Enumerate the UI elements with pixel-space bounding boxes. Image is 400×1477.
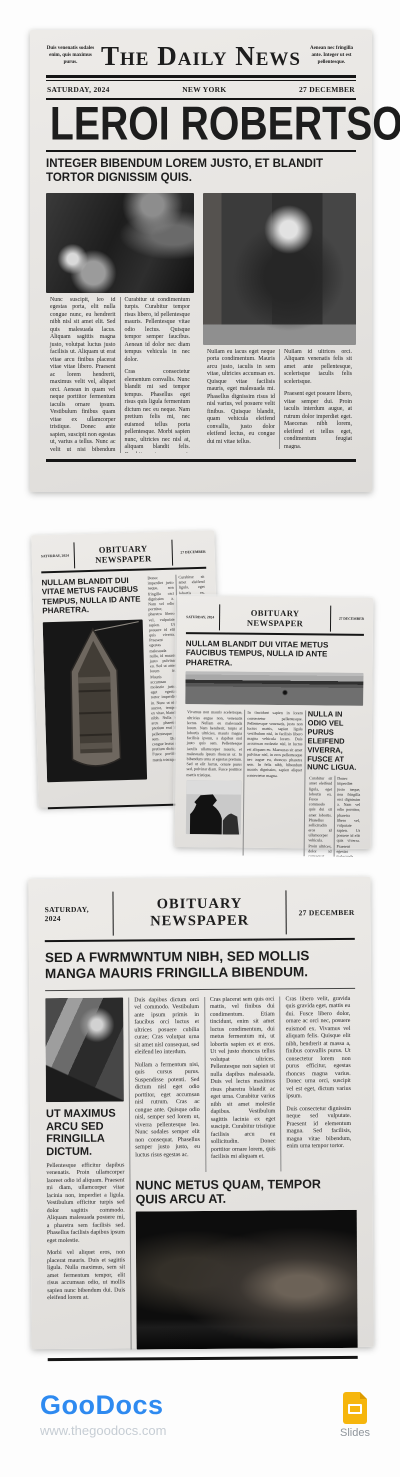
- obituary-mini-page-right: SATURDAY, 2024 OBITUARY NEWSPAPER 27 DEC…: [175, 596, 374, 849]
- front-right-text: Nullam eu lacus eget neque porta condime…: [203, 349, 356, 449]
- mini-a-date-right: 27 DECEMBER: [175, 539, 206, 566]
- front-bottom-rule: [46, 459, 356, 462]
- photo-wooden-boat-from-above: [43, 619, 147, 782]
- photo-elderly-man-portrait: [203, 193, 356, 345]
- obituary-full-page: SATURDAY, 2024 OBITUARY NEWSPAPER 27 DEC…: [28, 877, 373, 1349]
- obituary-headline: SED A FWRMWNTUM NIBH, SED MOLLIS MANGA M…: [45, 940, 355, 991]
- photo-vintage-car-closeup: [45, 997, 124, 1102]
- obituary-date-left: SATURDAY, 2024: [45, 905, 107, 923]
- mini-a-header: SATURDAY, 2024 OBITUARY NEWSPAPER 27 DEC…: [40, 539, 206, 574]
- front-subhead: INTEGER BIBENDUM LOREM JUSTO, ET BLANDIT…: [46, 152, 356, 193]
- obituary-mid-headline: NUNC METUS QUAM, TEMPOR QUIS ARCU AT.: [130, 1171, 356, 1210]
- silhouette-illustration: [186, 780, 242, 835]
- boat-illustration: [43, 619, 147, 782]
- front-date-left: SATURDAY, 2024: [47, 85, 110, 94]
- mini-a-title: OBITUARY NEWSPAPER: [73, 540, 173, 569]
- mini-b-subhead: NULLA IN ODIO VEL PURUS ELEIFEND VIVERRA…: [307, 711, 363, 773]
- mini-b-column-1: Vivamus non mauris scelerisque, ultricie…: [184, 709, 245, 856]
- obituary-header: SATURDAY, 2024 OBITUARY NEWSPAPER 27 DEC…: [44, 890, 354, 942]
- goodocs-branding: GooDocs www.thegoodocs.com: [40, 1392, 166, 1438]
- mini-a-date-left: SATURDAY, 2024: [40, 543, 71, 570]
- obituary-column-subhead: UT MAXIMUS ARCU SED FRINGILLA DICTUM.: [46, 1107, 124, 1158]
- mini-b-date-right: 27 DECEMBER: [334, 606, 364, 632]
- front-columns: Nunc suscipit, leo id egestas porta, eli…: [46, 193, 356, 453]
- masthead-tagline-right: Aenean nec fringilla ante. Integer ut es…: [307, 46, 356, 66]
- masthead: Duis venenatis sodales enim, quis maximu…: [46, 41, 356, 72]
- goodocs-logo[interactable]: GooDocs: [40, 1392, 166, 1419]
- photo-lake-with-small-boat: [185, 671, 363, 706]
- front-date-row: SATURDAY, 2024 NEW YORK 27 DECEMBER: [46, 81, 356, 98]
- photo-dark-scene-hands: [136, 1210, 358, 1349]
- mini-b-title: OBITUARY NEWSPAPER: [219, 604, 331, 631]
- obituary-text-columns: Duis dapibus dictum orci vel commodo. Ve…: [129, 996, 356, 1173]
- goodocs-newspaper-template-preview: Duis venenatis sodales enim, quis maximu…: [0, 0, 400, 1477]
- obituary-column-2: Duis dapibus dictum orci vel commodo. Ve…: [129, 997, 205, 1173]
- mini-b-columns: Vivamus non mauris scelerisque, ultricie…: [184, 709, 364, 857]
- mini-b-subcolumns: Curabitur sit amet eleifend ligula, eget…: [306, 776, 362, 858]
- mini-b-column-4: Donec imperdiet justo neque, non fringil…: [333, 776, 362, 857]
- obituary-column-4: Cras libero velit, gravida quis gravida …: [280, 996, 357, 1172]
- obituary-right-region: Duis dapibus dictum orci vel commodo. Ve…: [128, 996, 357, 1350]
- google-slides-label: Slides: [340, 1427, 370, 1439]
- google-slides-badge[interactable]: Slides: [340, 1392, 370, 1439]
- mini-b-right-block: NULLA IN ODIO VEL PURUS ELEIFEND VIVERRA…: [303, 711, 363, 858]
- front-column-2: Curabitur ut condimentum turpis. Curabit…: [120, 297, 195, 453]
- newspaper-title: The Daily News: [101, 41, 301, 72]
- photo-silhouette-man-with-hat: [186, 780, 242, 835]
- photo-elderly-men-in-bar: [46, 193, 194, 293]
- mini-a-left-block: NULLAM BLANDIT DUI VITAE METUS FAUCIBUS …: [41, 576, 147, 804]
- mini-b-headline: NULLAM BLANDIT DUI VITAE METUS FAUCIBUS …: [186, 639, 364, 669]
- site-footer: GooDocs www.thegoodocs.com Slides: [0, 1392, 400, 1439]
- front-column-4: Nullam id ultrices orci. Aliquam venenat…: [279, 349, 356, 449]
- mini-b-column-3: Curabitur sit amet eleifend ligula, eget…: [306, 776, 334, 858]
- google-slides-icon: [343, 1392, 367, 1424]
- mini-b-date-left: SATURDAY, 2024: [186, 604, 216, 630]
- obituary-columns: UT MAXIMUS ARCU SED FRINGILLA DICTUM. Pe…: [45, 996, 357, 1350]
- front-headline: LEROI ROBERTSON: [46, 100, 356, 150]
- front-page: Duis venenatis sodales enim, quis maximu…: [30, 30, 372, 492]
- front-date-right: 27 DECEMBER: [299, 85, 355, 94]
- mini-b-column-2: In tincidunt sapien in lorem consectetur…: [243, 710, 305, 857]
- masthead-tagline-left: Duis venenatis sodales enim, quis maximu…: [46, 46, 95, 66]
- mini-a-headline: NULLAM BLANDIT DUI VITAE METUS FAUCIBUS …: [41, 576, 142, 617]
- obituary-title: OBITUARY NEWSPAPER: [112, 890, 286, 935]
- front-left-block: Nunc suscipit, leo id egestas porta, eli…: [46, 193, 194, 453]
- front-left-text: Nunc suscipit, leo id egestas porta, eli…: [46, 297, 194, 453]
- front-column-1: Nunc suscipit, leo id egestas porta, eli…: [46, 297, 120, 453]
- front-city: NEW YORK: [182, 85, 226, 94]
- goodocs-url-link[interactable]: www.thegoodocs.com: [40, 1423, 166, 1438]
- obituary-date-right: 27 DECEMBER: [293, 907, 355, 916]
- mini-b-header: SATURDAY, 2024 OBITUARY NEWSPAPER 27 DEC…: [186, 604, 364, 636]
- obituary-column-1: UT MAXIMUS ARCU SED FRINGILLA DICTUM. Pe…: [45, 997, 130, 1350]
- front-right-block: Nullam eu lacus eget neque porta condime…: [203, 193, 356, 453]
- obituary-bottom-rule: [48, 1356, 358, 1361]
- obituary-column-3: Cras placerat sem quis orci mattis, vel …: [204, 996, 281, 1172]
- front-column-3: Nullam eu lacus eget neque porta condime…: [203, 349, 279, 449]
